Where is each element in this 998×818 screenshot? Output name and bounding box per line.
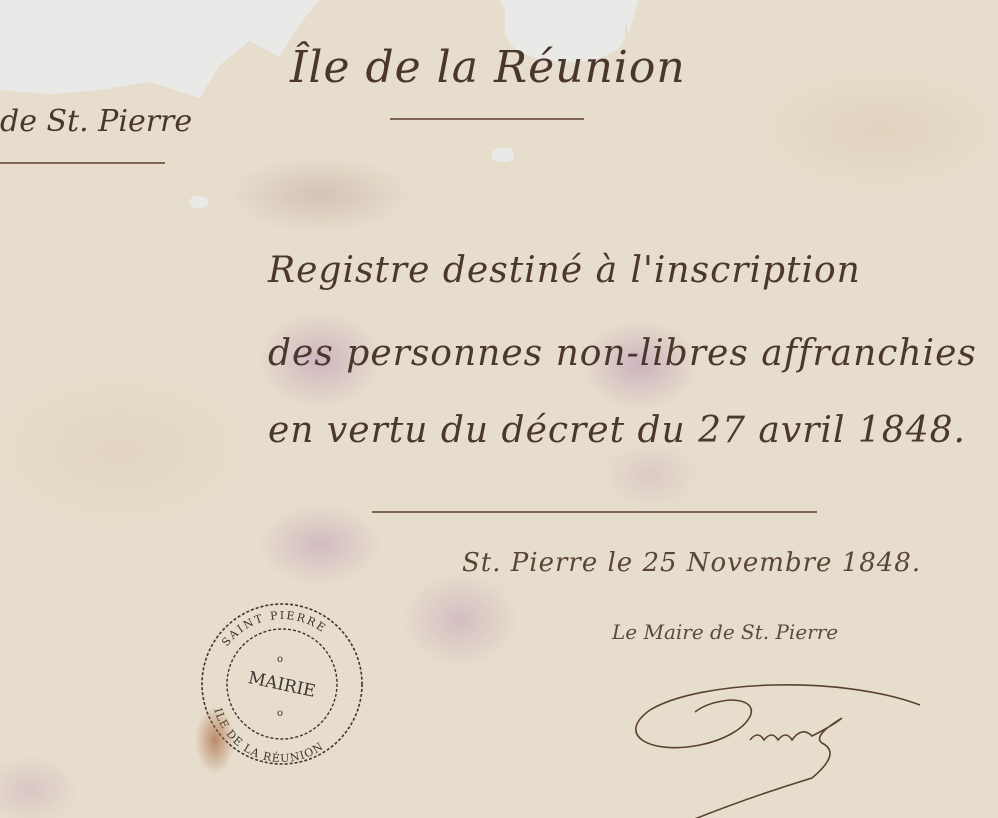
separator-rule — [372, 511, 817, 513]
commune-underline — [0, 162, 165, 164]
brown-stain — [195, 705, 235, 775]
dateline: St. Pierre le 25 Novembre 1848. — [462, 548, 921, 578]
torn-hole — [492, 148, 514, 162]
signature-flourish: Dennez — [620, 660, 960, 818]
title-line-1: Registre destiné à l'inscription — [268, 250, 861, 291]
commune-heading: de St. Pierre — [0, 104, 192, 139]
title-line-2: des personnes non-libres affranchies — [268, 333, 977, 374]
svg-text:MAIRIE: MAIRIE — [246, 668, 317, 702]
heading-underline — [390, 118, 584, 120]
svg-text:Dennez: Dennez — [759, 726, 829, 747]
torn-hole — [190, 196, 208, 208]
svg-text:o: o — [277, 708, 283, 719]
island-heading: Île de la Réunion — [290, 42, 686, 93]
signatory-title: Le Maire de St. Pierre — [612, 620, 838, 644]
title-line-3: en vertu du décret du 27 avril 1848. — [268, 410, 966, 451]
svg-text:o: o — [277, 654, 283, 665]
